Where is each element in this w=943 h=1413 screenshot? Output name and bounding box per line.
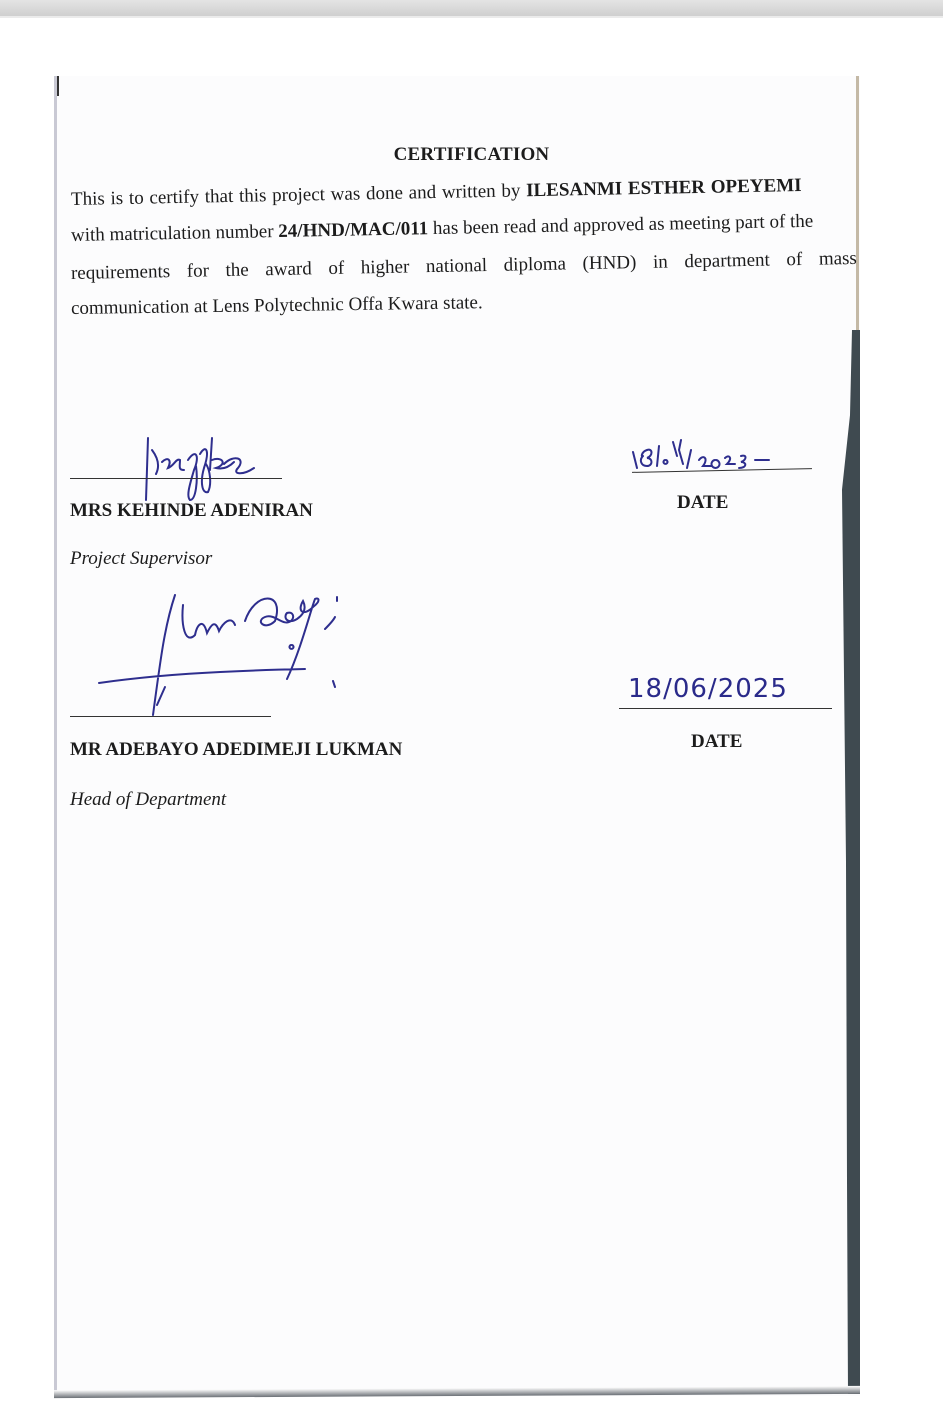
hod-date-handwritten: 18/06/2025 xyxy=(628,674,788,704)
page-left-edge xyxy=(57,76,59,96)
line2-prefix: with matriculation number xyxy=(71,221,279,246)
hod-name: MR ADEBAYO ADEDIMEJI LUKMAN xyxy=(70,739,402,761)
viewer-top-bar xyxy=(0,0,943,18)
document-title: CERTIFICATION xyxy=(0,144,943,166)
supervisor-signature-line xyxy=(70,478,282,479)
supervisor-name: MRS KEHINDE ADENIRAN xyxy=(70,500,313,522)
student-name: ILESANMI ESTHER OPEYEMI xyxy=(526,175,802,201)
hod-role: Head of Department xyxy=(70,789,226,811)
hod-date-label: DATE xyxy=(691,731,742,753)
supervisor-signature xyxy=(100,430,300,505)
supervisor-date-label: DATE xyxy=(677,492,728,514)
supervisor-role: Project Supervisor xyxy=(70,548,212,570)
hod-signature-line xyxy=(70,716,271,717)
matric-number: 24/HND/MAC/011 xyxy=(278,218,428,242)
hod-signature xyxy=(95,585,445,725)
hod-date-line xyxy=(619,708,832,709)
